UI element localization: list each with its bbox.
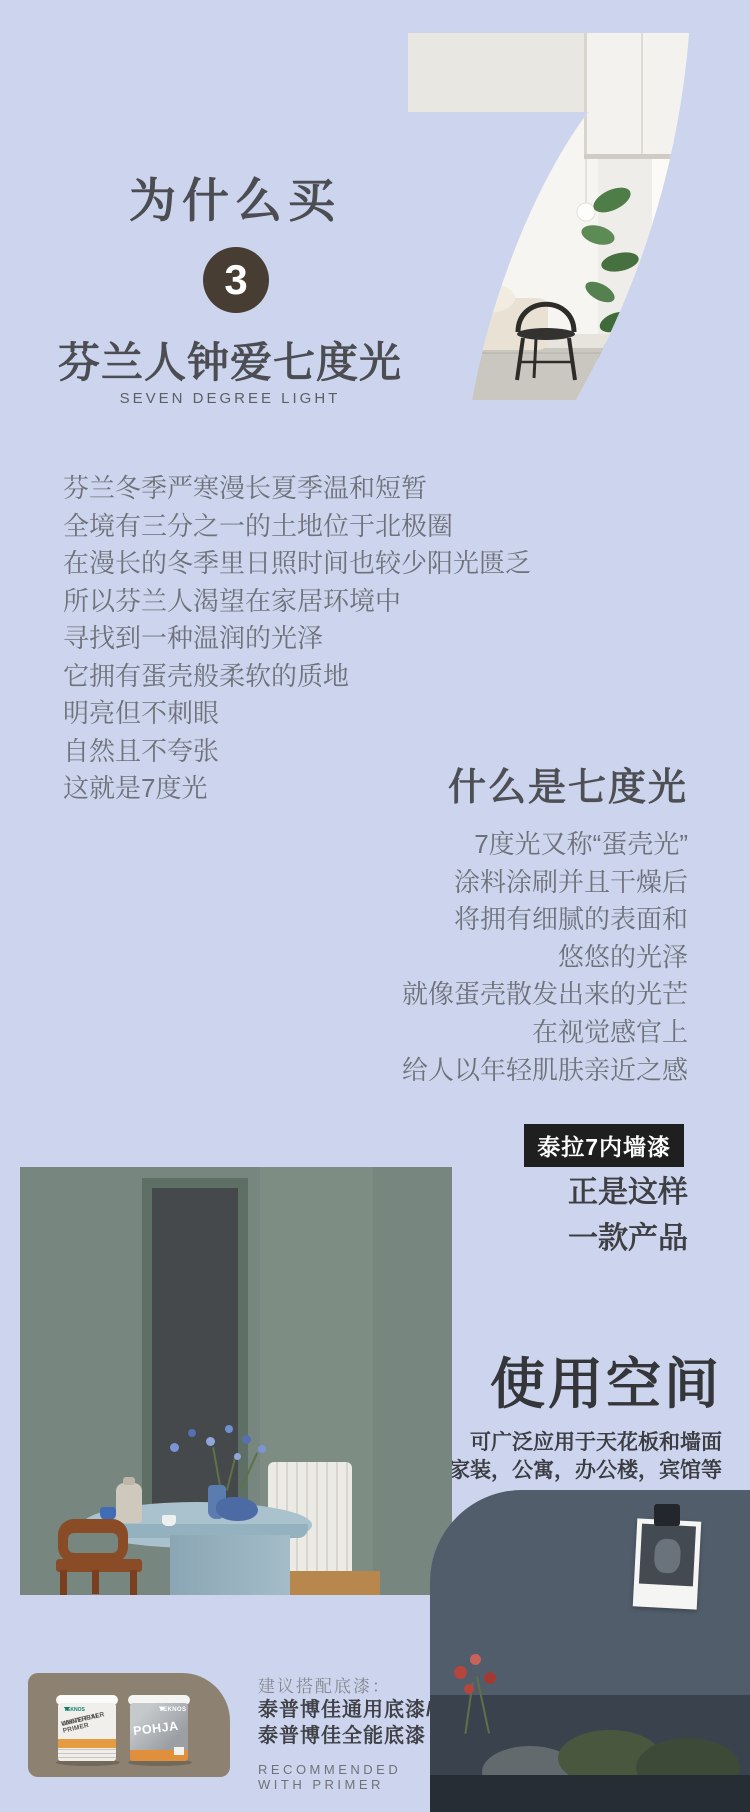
sofa-base	[430, 1775, 750, 1812]
flower	[234, 1453, 241, 1460]
product-detail-page: 为什么买 3 芬兰人钟爱七度光 SEVEN DEGREE LIGHT 芬兰冬季严…	[0, 0, 750, 1812]
product-name-badge: 泰拉7内墙漆	[524, 1124, 684, 1167]
intro-line: 所以芬兰人渴望在家居环境中	[63, 583, 531, 621]
usage-desc-line: 可广泛应用于天花板和墙面	[428, 1429, 722, 1457]
red-flower	[464, 1684, 474, 1694]
whatis-line: 悠悠的光泽	[402, 939, 688, 977]
concrete-pillar	[353, 1167, 452, 1595]
primer-name-line: 泰普博佳全能底漆	[258, 1723, 433, 1749]
usage-description: 可广泛应用于天花板和墙面 如家装，公寓，办公楼，宾馆等	[428, 1429, 722, 1485]
chair-leg	[92, 1570, 99, 1594]
intro-line: 寻找到一种温润的光泽	[63, 620, 531, 658]
white-cup	[162, 1515, 176, 1526]
whatis-line: 就像蛋壳散发出来的光芒	[402, 976, 688, 1014]
primer-en-note: RECOMMENDED WITH PRIMER	[258, 1762, 433, 1792]
usage-heading: 使用空间	[428, 1340, 722, 1419]
why-buy-title: 为什么买	[30, 164, 440, 231]
primer-name-line: 泰普博佳通用底漆/	[258, 1697, 433, 1723]
room-photo-dining	[20, 1167, 452, 1595]
primer-label: 建议搭配底漆：	[258, 1672, 433, 1697]
intro-line: 明亮但不刺眼	[63, 695, 531, 733]
intro-line: 在漫长的冬季里日照时间也较少阳光匮乏	[63, 545, 531, 583]
flower	[258, 1445, 266, 1453]
flower	[188, 1429, 196, 1437]
photo-clip	[654, 1504, 680, 1526]
teapot-lid	[123, 1477, 135, 1485]
intro-line: 全境有三分之一的土地位于北极圈	[63, 508, 531, 546]
flower	[242, 1435, 251, 1444]
red-flower	[484, 1672, 496, 1684]
primer-en-line: WITH PRIMER	[258, 1777, 433, 1792]
primer-can-universal: TEKNOS UNIVERSAL WHITE FIXER PRIMER	[58, 1703, 116, 1761]
whatis-line: 给人以年轻肌肤亲近之感	[402, 1052, 688, 1090]
chair-leg	[130, 1570, 137, 1595]
table-pedestal	[170, 1535, 290, 1595]
brand-text: TEKNOS	[64, 1707, 85, 1713]
step-number: 3	[224, 256, 247, 304]
whatis-line: 将拥有细腻的表面和	[402, 901, 688, 939]
room-photo-bedroom	[430, 1490, 750, 1812]
usage-section: 使用空间 可广泛应用于天花板和墙面 如家装，公寓，办公楼，宾馆等	[428, 1340, 722, 1485]
label-fine-print	[58, 1748, 116, 1761]
door	[152, 1188, 238, 1515]
polaroid-image	[639, 1524, 696, 1587]
tagline-line: 一款产品	[568, 1216, 688, 1262]
intro-line: 芬兰冬季严寒漫长夏季温和短暂	[63, 470, 531, 508]
chair-backrest-opening	[68, 1533, 118, 1553]
brand-text: TEKNOS	[159, 1707, 186, 1713]
whatis-paragraph: 7度光又称“蛋壳光” 涂料涂刷并且干燥后 将拥有细腻的表面和 悠悠的光泽 就像蛋…	[402, 826, 688, 1089]
tagline-line: 正是这样	[568, 1170, 688, 1216]
primer-en-line: RECOMMENDED	[258, 1762, 433, 1777]
primer-suggestion: 建议搭配底漆： 泰普博佳通用底漆/ 泰普博佳全能底漆 RECOMMENDED W…	[258, 1672, 433, 1792]
step-number-badge: 3	[203, 247, 269, 313]
primer-product-photo: TEKNOS UNIVERSAL WHITE FIXER PRIMER TEKN…	[28, 1673, 230, 1777]
flower	[206, 1437, 215, 1446]
whatis-line: 7度光又称“蛋壳光”	[402, 826, 688, 864]
red-flower	[470, 1654, 481, 1665]
sculptural-bowl	[216, 1497, 258, 1521]
label-tag	[174, 1747, 184, 1755]
whatis-line: 涂料涂刷并且干燥后	[402, 864, 688, 902]
can-product-name: POHJA	[132, 1718, 187, 1738]
teapot	[116, 1483, 142, 1523]
polaroid-image-detail	[654, 1538, 682, 1573]
product-tagline: 正是这样 一款产品	[568, 1170, 688, 1262]
usage-desc-line: 如家装，公寓，办公楼，宾馆等	[428, 1457, 722, 1485]
polaroid-photo	[633, 1518, 702, 1609]
red-flower	[454, 1666, 467, 1679]
section-subtitle: 芬兰人钟爱七度光	[5, 330, 455, 390]
primer-can-pohja: TEKNOS POHJA	[130, 1703, 188, 1761]
intro-line: 它拥有蛋壳般柔软的质地	[63, 658, 531, 696]
chair-leg	[60, 1570, 67, 1595]
label-stripe	[58, 1739, 116, 1748]
flower	[225, 1425, 233, 1433]
whatis-line: 在视觉感官上	[402, 1014, 688, 1052]
flower	[170, 1443, 179, 1452]
section-subtitle-en: SEVEN DEGREE LIGHT	[5, 390, 455, 407]
whatis-heading: 什么是七度光	[448, 756, 688, 811]
